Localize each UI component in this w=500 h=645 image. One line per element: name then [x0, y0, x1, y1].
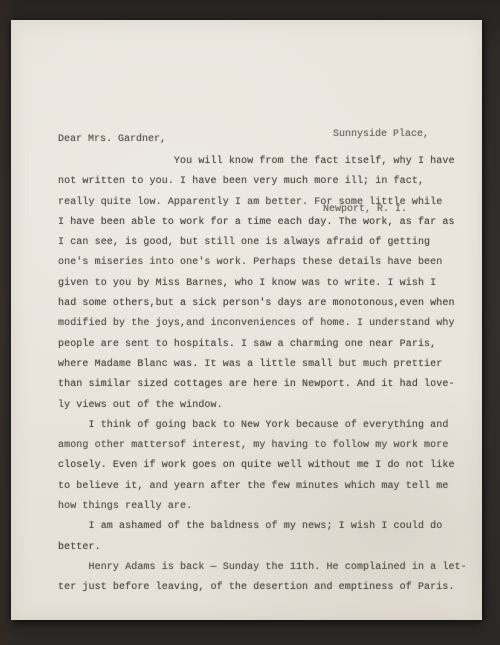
letter-line: better. [58, 538, 468, 558]
letter-line: ly views out of the window. [58, 396, 468, 416]
letter-line: I can see, is good, but still one is alw… [58, 233, 468, 253]
letter-line: modified by the joys,and inconveniences … [58, 314, 468, 334]
letter-line: had some others,but a sick person's days… [58, 294, 468, 314]
letter-line: given to you by Miss Barnes, who I know … [58, 274, 468, 294]
letter-line: closely. Even if work goes on quite well… [58, 456, 468, 476]
letter-salutation: Dear Mrs. Gardner, [58, 130, 166, 150]
letter-line: than similar sized cottages are here in … [58, 375, 468, 395]
letter-line: to believe it, and yearn after the few m… [58, 477, 468, 497]
letter-line: really quite low. Apparently I am better… [58, 193, 468, 213]
letter-line: one's miseries into one's work. Perhaps … [58, 253, 468, 273]
letter-line: among other mattersof interest, my havin… [58, 436, 468, 456]
letter-page: Sunnyside Place, Newport, R. I. Dear Mrs… [11, 20, 482, 620]
heading-place: Sunnyside Place, [333, 122, 429, 147]
letter-line: how things really are. [58, 497, 468, 517]
letter-line: not written to you. I have been very muc… [58, 172, 468, 192]
letter-line: I am ashamed of the baldness of my news;… [58, 517, 468, 537]
letter-line: You will know from the fact itself, why … [58, 152, 468, 172]
letter-line: I think of going back to New York becaus… [58, 416, 468, 436]
letter-line: where Madame Blanc was. It was a little … [58, 355, 468, 375]
letter-line: ter just before leaving, of the desertio… [58, 578, 468, 598]
letter-line: Henry Adams is back — Sunday the 11th. H… [58, 558, 468, 578]
letter-line: people are sent to hospitals. I saw a ch… [58, 335, 468, 355]
letter-line: I have been able to work for a time each… [58, 213, 468, 233]
letter-body: You will know from the fact itself, why … [58, 152, 468, 599]
